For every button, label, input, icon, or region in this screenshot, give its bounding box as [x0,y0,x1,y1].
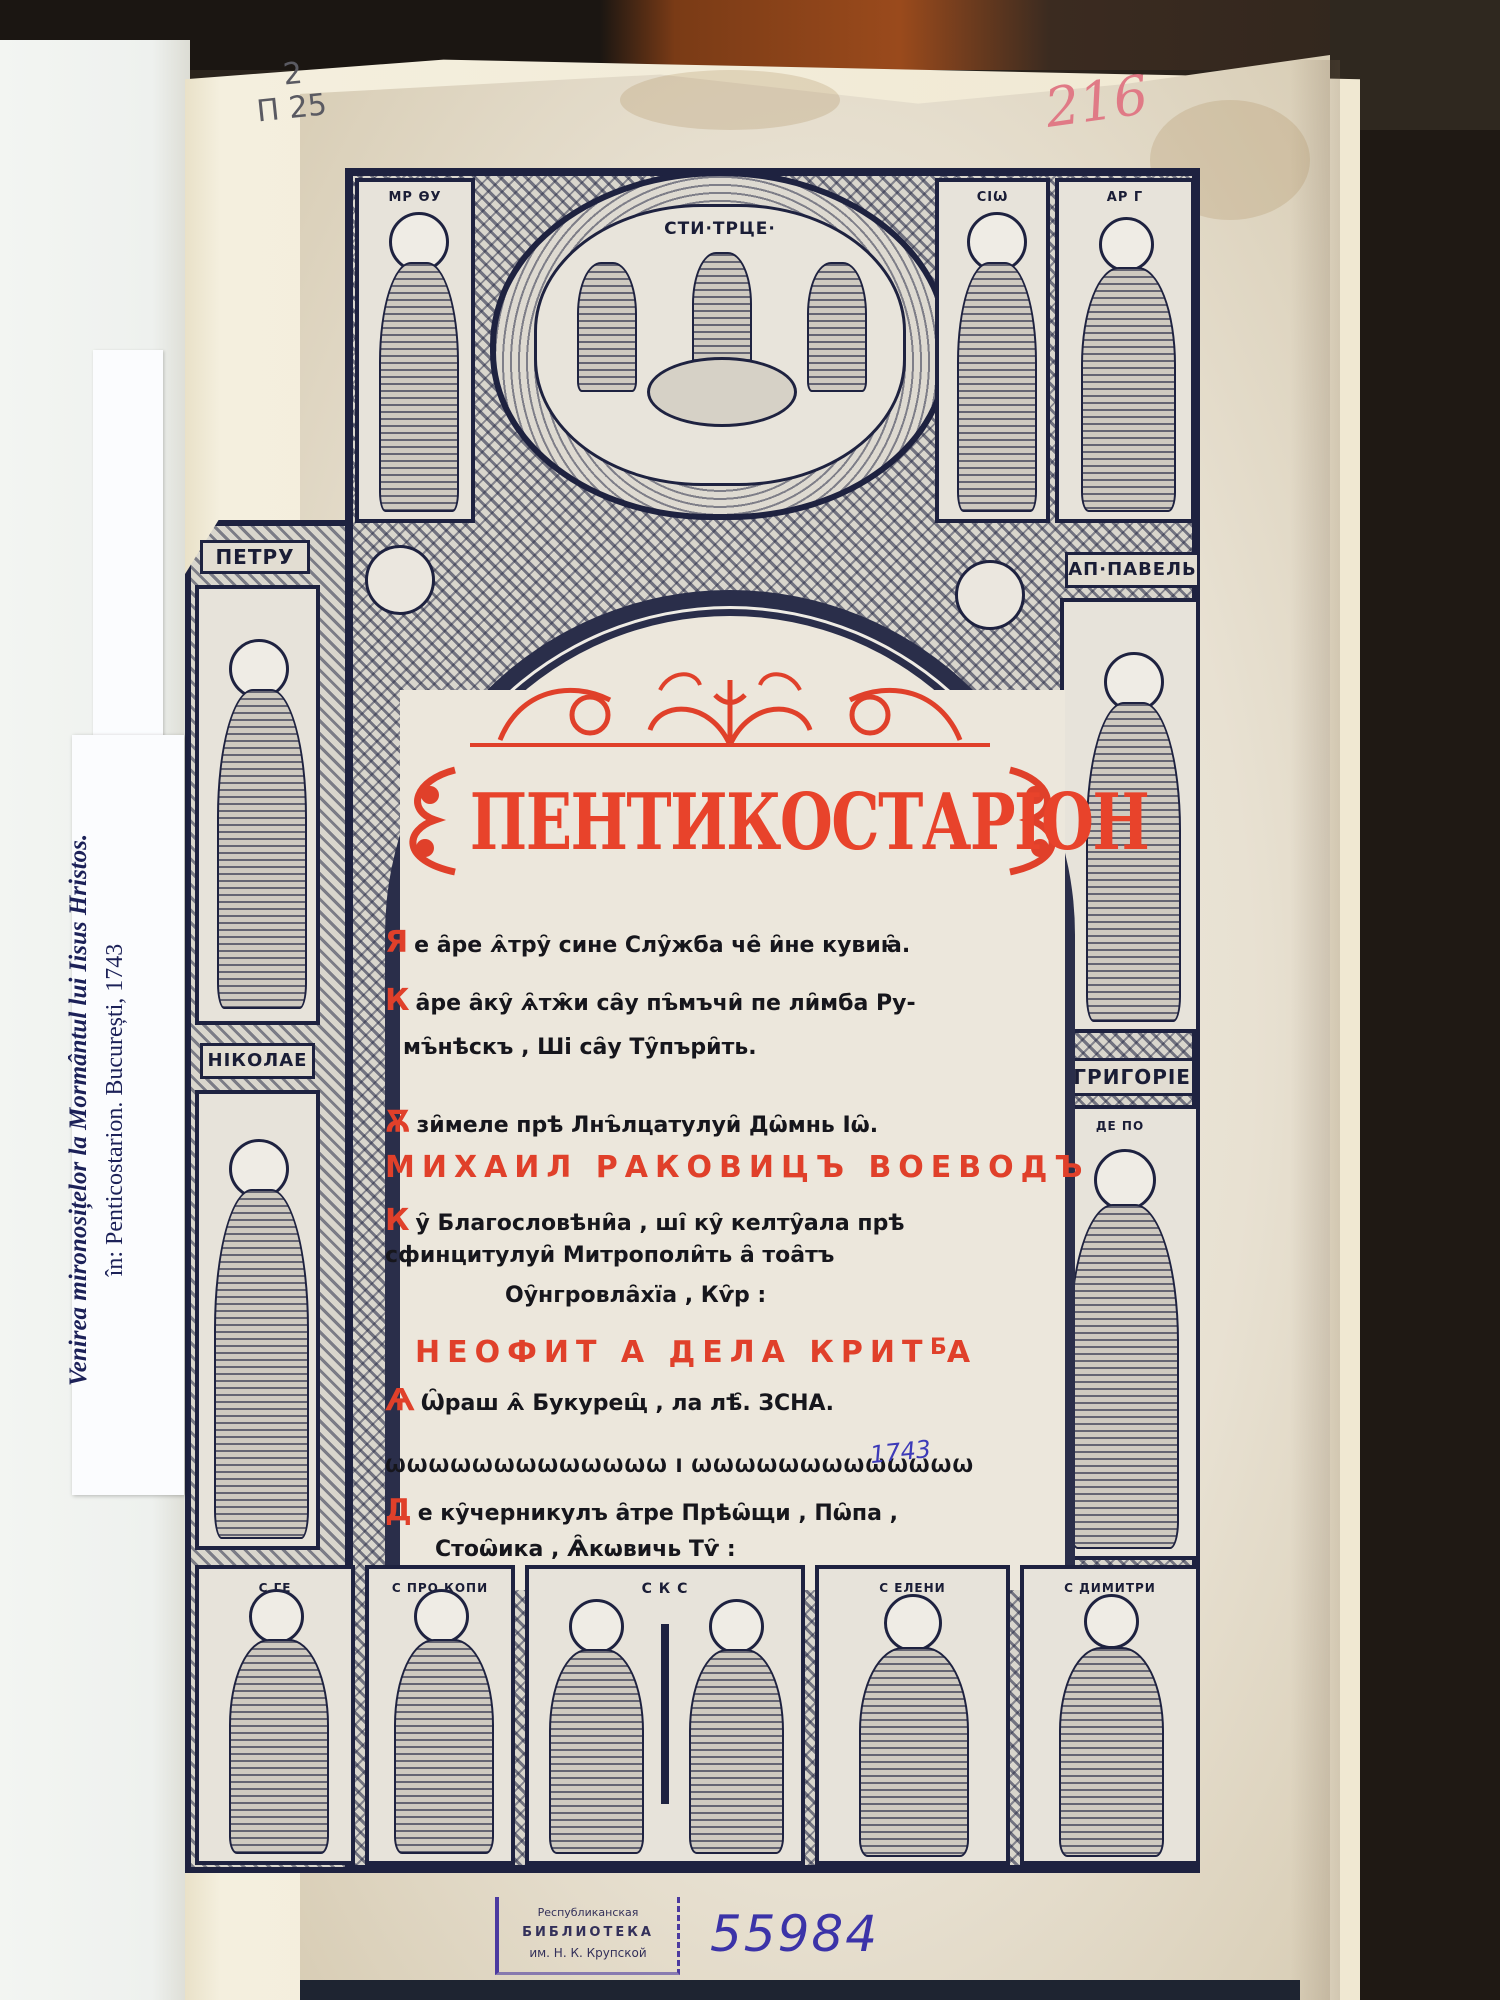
panel-bottom-saint: С ГЕ [195,1565,355,1865]
stamp-line1: Республиканская [499,1903,677,1923]
saint-figure-icon [217,689,307,1009]
museum-label-text: Venirea mironosițelor la Mormântul lui I… [60,730,170,1490]
angel-figure-icon [807,262,867,392]
halo-icon [709,1599,764,1654]
roundel-inner: СТИ·ТРЦЕ· [534,204,906,486]
halo-icon [884,1594,942,1652]
emperor-figure-icon [549,1649,644,1854]
panel-label: С ЕЛЕНИ [819,1581,1006,1595]
label-saint-nicholas: НІКОЛАЕ [200,1043,315,1079]
page-edge-shadow [1290,60,1340,2000]
red-flourish-left-icon [395,760,465,880]
water-stain [620,70,840,130]
saint-figure-icon [379,262,459,512]
line-text: Ѡ̑раш ѧ̑ Букурещ̑ , ла лѣ̑. ЗСНА. [421,1391,834,1416]
red-initial: Я [385,925,408,960]
panel-label: СІѠ [939,190,1046,205]
line-text: Оу̑нгровла̑хїа , Кѵ̑р : [505,1283,766,1308]
panel-bottom-saint: С ПРО КОПИ [365,1565,515,1865]
label-apostle-paul: АП·ПАВЕЛЬ [1065,552,1200,588]
text-line: Ѫзи̑меле прѣ Лнъ̑лцатулуи̑ Дѡ̑мнь Іѡ̑. [385,1105,878,1140]
saint-figure-icon [394,1639,494,1854]
red-floral-ornament-icon [460,660,1000,750]
text-line: мъ̑нѣскъ , Ші са̑у Ту̑пъри̑ть. [403,1035,757,1060]
panel-label: МР ѲУ [359,190,471,205]
text-line: Стоѡ̑ика , Ѧ̑кѡвичь Тѵ̑ : [435,1537,736,1562]
panel-saint-nicholas [195,1090,320,1550]
panel-saint-john: СІѠ [935,178,1050,523]
text-line: ѦѠ̑раш ѧ̑ Букурещ̑ , ла лѣ̑. ЗСНА. [385,1383,834,1418]
line-text: сфинцитулуи̑ Митрополи̑ть а̑ тоа̑тъ [385,1243,834,1268]
inventory-number: 55984 [710,1905,879,1963]
halo-icon [1099,217,1154,272]
text-line: Яе а̑ре ѧ̑тру̑ сине Слу̑жба че̑ и̑не кув… [385,925,910,960]
panel-constantine-helena: С К С [525,1565,805,1865]
panel-bottom-saint: С ЕЛЕНИ [815,1565,1010,1865]
museum-label-tab [93,350,163,740]
roundel-title: СТИ·ТРЦЕ· [537,219,903,239]
panel-archangel: АР Г [1055,178,1195,523]
halo-icon [249,1589,304,1644]
museum-label-title: Venirea mironosițelor la Mormântul lui I… [60,730,98,1490]
library-stamp: Республиканская БИБЛИОТЕКА им. Н. К. Кру… [495,1897,680,1975]
archangel-figure-icon [1081,267,1176,512]
line-text: зи̑меле прѣ Лнъ̑лцатулуи̑ Дѡ̑мнь Іѡ̑. [417,1113,879,1138]
line-text: у̑ Благословѣни̑а , ші̑ ку̑ келту̑ала пр… [416,1211,905,1236]
line-text: е а̑ре ѧ̑тру̑ сине Слу̑жба че̑ и̑не куви… [414,933,910,958]
saint-figure-icon [229,1639,329,1854]
line-text: а̑ре а̑ку̑ ѧ̑тж̑и са̑у пъ̑мъчи̑ пе ли̑мб… [416,991,916,1016]
shelf-mark: 2 П 25 [252,55,329,130]
table-icon [647,357,797,427]
stamp-line3: им. Н. К. Крупской [499,1943,677,1963]
angel-medallion-icon [955,560,1025,630]
saint-figure-icon [1069,1204,1179,1549]
red-initial: К [385,983,410,1018]
red-initial: Ѧ [385,1383,415,1418]
museum-label-source: în: Penticostarion. București, 1743 [98,730,132,1490]
book-title: ПЕНТИКОСТАРІОН [470,768,1000,878]
saint-figure-icon [859,1647,969,1857]
red-initial: Д [385,1493,412,1528]
halo-icon [1084,1594,1139,1649]
shelf-mark-line2: П 25 [255,87,329,129]
halo-icon [1094,1149,1156,1211]
halo-icon [569,1599,624,1654]
saint-figure-icon [214,1189,309,1539]
background-top [0,0,1500,70]
prince-name-line: МИХАИЛ РАКОВИЦЪ ВОЕВОДЪ [385,1150,1090,1185]
empress-figure-icon [689,1649,784,1854]
panel-label: С ДИМИТРИ [1024,1581,1196,1595]
text-line: Ку̑ Благословѣни̑а , ші̑ ку̑ келту̑ала п… [385,1203,905,1238]
halo-icon [414,1589,469,1644]
text-line: Де ку̑черникулъ а̑тре Прѣѡ̑щи , Пѡ̑па , [385,1493,898,1528]
line-text: е ку̑черникулъ а̑тре Прѣѡ̑щи , Пѡ̑па , [418,1501,898,1526]
angel-figure-icon [577,262,637,392]
metropolitan-name-line: НЕОФИТ А ДЕЛА КРИТ А [415,1335,977,1370]
holy-trinity-roundel: СТИ·ТРЦЕ· [490,170,950,520]
stamp-line2: БИБЛИОТЕКА [499,1923,677,1943]
line-text: мъ̑нѣскъ , Ші са̑у Ту̑пъри̑ть. [403,1035,757,1060]
label-saint-peter: ПЕТРУ [200,540,310,574]
panel-theotokos: МР ѲУ [355,178,475,523]
panel-saint-peter [195,585,320,1025]
text-line: сфинцитулуи̑ Митрополи̑ть а̑ тоа̑тъ [385,1243,834,1268]
line-text: Стоѡ̑ика , Ѧ̑кѡвичь Тѵ̑ : [435,1537,736,1562]
panel-label: С К С [529,1581,801,1597]
red-initial: Ѫ [385,1105,411,1140]
panel-bottom-saint-demetrius: С ДИМИТРИ [1020,1565,1200,1865]
bottom-shadow [300,1980,1300,2000]
text-line: Оу̑нгровла̑хїа , Кѵ̑р : [505,1283,766,1308]
angel-medallion-icon [365,545,435,615]
text-line: Ка̑ре а̑ку̑ ѧ̑тж̑и са̑у пъ̑мъчи̑ пе ли̑м… [385,983,916,1018]
warrior-saint-figure-icon [1059,1647,1164,1857]
saint-figure-icon [957,262,1037,512]
red-margin-mark: Б [930,1335,947,1360]
red-initial: К [385,1203,410,1238]
cross-icon [661,1624,669,1804]
panel-label: АР Г [1059,190,1191,205]
